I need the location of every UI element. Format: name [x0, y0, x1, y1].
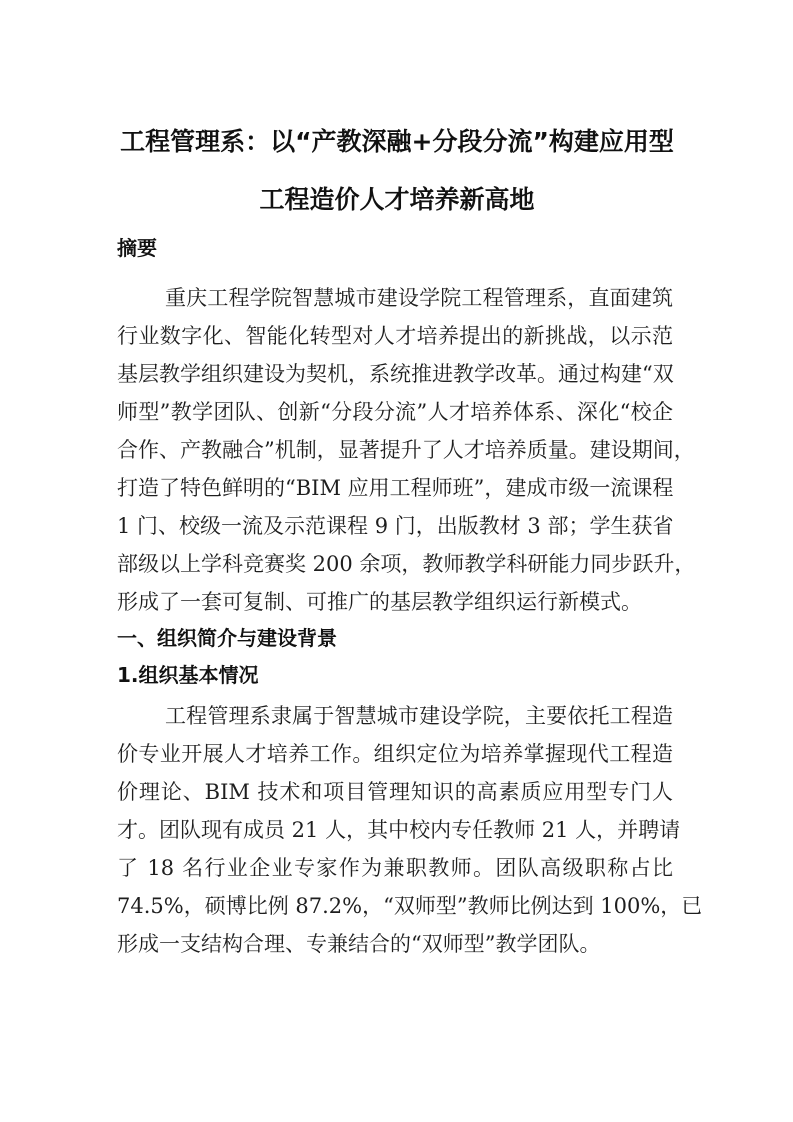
document-title-line-1: 工程管理系：以“产教深融+分段分流”构建应用型: [117, 122, 677, 158]
abstract-line: 部级以上学科竞赛奖 200 余项，教师教学科研能力同步跃升，: [117, 548, 673, 578]
section-heading: 一、组织简介与建设背景: [117, 622, 337, 651]
abstract-line: 重庆工程学院智慧城市建设学院工程管理系，直面建筑: [165, 282, 673, 312]
body-line: 形成一支结构合理、专兼结合的“双师型”教学团队。: [117, 928, 673, 958]
body-line: 价理论、BIM 技术和项目管理知识的高素质应用型专门人: [117, 776, 673, 806]
abstract-line: 基层教学组织建设为契机，系统推进教学改革。通过构建“双: [117, 358, 673, 388]
abstract-line: 打造了特色鲜明的“BIM 应用工程师班”，建成市级一流课程: [117, 472, 673, 502]
abstract-line: 1 门、校级一流及示范课程 9 门，出版教材 3 部；学生获省: [117, 510, 673, 540]
abstract-line: 形成了一套可复制、可推广的基层教学组织运行新模式。: [117, 586, 673, 616]
body-line: 才。团队现有成员 21 人，其中校内专任教师 21 人，并聘请: [117, 814, 673, 844]
body-line: 了 18 名行业企业专家作为兼职教师。团队高级职称占比: [117, 852, 673, 882]
subsection-heading: 1.组织基本情况: [117, 659, 259, 688]
abstract-heading: 摘要: [117, 232, 157, 261]
body-line: 工程管理系隶属于智慧城市建设学院，主要依托工程造: [165, 700, 673, 730]
abstract-line: 师型”教学团队、创新“分段分流”人才培养体系、深化“校企: [117, 396, 673, 426]
body-line: 74.5%，硕博比例 87.2%，“双师型”教师比例达到 100%，已: [117, 890, 673, 920]
abstract-line: 合作、产教融合”机制，显著提升了人才培养质量。建设期间，: [117, 434, 673, 464]
body-line: 价专业开展人才培养工作。组织定位为培养掌握现代工程造: [117, 738, 673, 768]
document-title-line-2: 工程造价人才培养新高地: [117, 180, 677, 216]
abstract-line: 行业数字化、智能化转型对人才培养提出的新挑战，以示范: [117, 320, 673, 350]
